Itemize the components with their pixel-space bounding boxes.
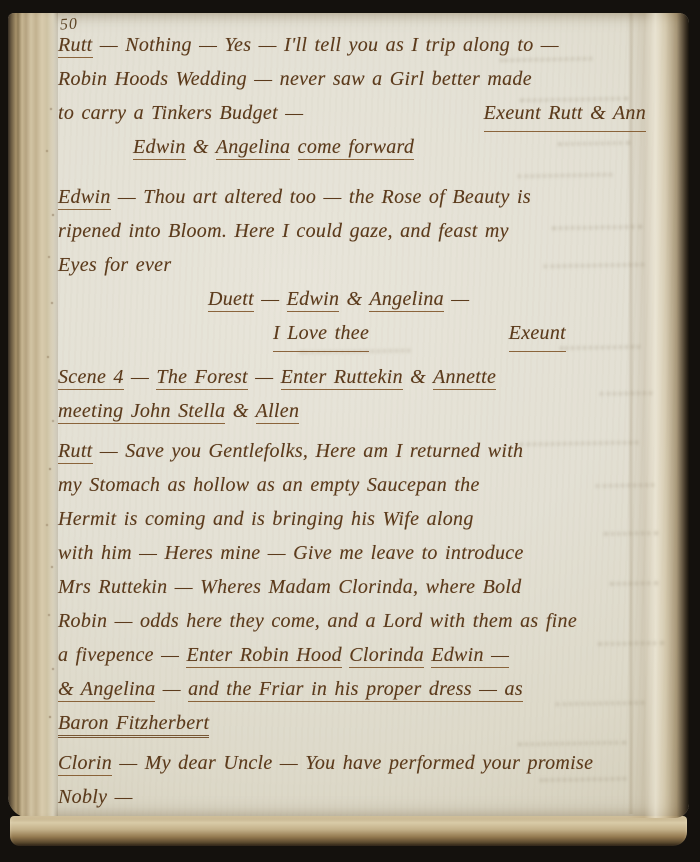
- manuscript-line: Scene 4 — The Forest — Enter Ruttekin & …: [58, 360, 658, 394]
- manuscript-text: —: [444, 288, 469, 310]
- text-area: Rutt — Nothing — Yes — I'll tell you as …: [58, 28, 658, 814]
- manuscript-text: —: [124, 366, 157, 388]
- manuscript-text: &: [186, 136, 216, 158]
- manuscript-photo: 50 Rutt — Nothing — Yes — I'll tell you …: [0, 0, 700, 862]
- manuscript-text: Annette: [433, 366, 496, 390]
- manuscript-text: Eyes for ever: [58, 254, 171, 276]
- manuscript-text: Angelina: [216, 136, 291, 160]
- manuscript-line: a fivepence — Enter Robin Hood Clorinda …: [58, 638, 658, 672]
- manuscript-line: Duett — Edwin & Angelina —: [58, 282, 658, 316]
- ink-specks: [46, 0, 48, 2]
- manuscript-text: ripened into Bloom. Here I could gaze, a…: [58, 220, 509, 242]
- manuscript-text: a fivepence —: [58, 644, 186, 666]
- manuscript-text: &: [225, 400, 255, 422]
- manuscript-text: Exeunt: [509, 316, 566, 352]
- manuscript-text: Enter Robin Hood: [186, 644, 341, 668]
- manuscript-text: —: [248, 366, 281, 388]
- manuscript-line: Rutt — Nothing — Yes — I'll tell you as …: [58, 28, 658, 62]
- manuscript-line: Mrs Ruttekin — Wheres Madam Clorinda, wh…: [58, 570, 658, 604]
- manuscript-text: &: [403, 366, 433, 388]
- manuscript-text: [290, 136, 297, 158]
- manuscript-line: Robin — odds here they come, and a Lord …: [58, 604, 658, 638]
- manuscript-text: Edwin: [133, 136, 186, 160]
- manuscript-text: —: [254, 288, 287, 310]
- manuscript-text: & Angelina: [58, 678, 155, 702]
- manuscript-text: — Thou art altered too — the Rose of Bea…: [111, 186, 531, 208]
- manuscript-line: Rutt — Save you Gentlefolks, Here am I r…: [58, 434, 658, 468]
- manuscript-text: my Stomach as hollow as an empty Saucepa…: [58, 474, 480, 496]
- manuscript-text: with him — Heres mine — Give me leave to…: [58, 542, 524, 564]
- manuscript-text: — Save you Gentlefolks, Here am I return…: [93, 440, 524, 462]
- manuscript-line: with him — Heres mine — Give me leave to…: [58, 536, 658, 570]
- manuscript-line: Clorin — My dear Uncle — You have perfor…: [58, 746, 658, 780]
- manuscript-text: to carry a Tinkers Budget —: [58, 96, 303, 130]
- manuscript-line: meeting John Stella & Allen: [58, 394, 658, 428]
- manuscript-text: Edwin —: [431, 644, 509, 668]
- manuscript-text: Hermit is coming and is bringing his Wif…: [58, 508, 474, 530]
- manuscript-text: come forward: [298, 136, 415, 160]
- manuscript-text: and the Friar in his proper dress — as: [188, 678, 523, 702]
- manuscript-line: Edwin — Thou art altered too — the Rose …: [58, 180, 658, 214]
- manuscript-line: to carry a Tinkers Budget —Exeunt Rutt &…: [58, 96, 658, 130]
- manuscript-text: I Love thee: [273, 316, 369, 352]
- manuscript-text: Robin Hoods Wedding — never saw a Girl b…: [58, 68, 532, 90]
- manuscript-text: Allen: [256, 400, 300, 424]
- manuscript-text: Robin — odds here they come, and a Lord …: [58, 610, 577, 632]
- manuscript-line: & Angelina — and the Friar in his proper…: [58, 672, 658, 706]
- manuscript-text: —: [155, 678, 188, 700]
- manuscript-line: Robin Hoods Wedding — never saw a Girl b…: [58, 62, 658, 96]
- manuscript-text: Scene 4: [58, 366, 124, 390]
- manuscript-line: Eyes for ever: [58, 248, 658, 282]
- manuscript-text: The Forest: [156, 366, 247, 390]
- manuscript-text: Angelina: [369, 288, 444, 312]
- manuscript-text: Nobly —: [58, 786, 133, 808]
- manuscript-text: Exeunt Rutt & Ann: [484, 96, 646, 132]
- manuscript-text: Enter Ruttekin: [281, 366, 403, 390]
- manuscript-text: Rutt: [58, 440, 93, 464]
- manuscript-text: — Nothing — Yes — I'll tell you as I tri…: [93, 34, 559, 56]
- manuscript-text: Clorinda: [349, 644, 424, 668]
- manuscript-text: Duett: [208, 288, 254, 312]
- manuscript-text: Mrs Ruttekin — Wheres Madam Clorinda, wh…: [58, 576, 522, 598]
- manuscript-text: Edwin: [287, 288, 340, 312]
- manuscript-line: ripened into Bloom. Here I could gaze, a…: [58, 214, 658, 248]
- book-page-edges-left: [8, 13, 58, 818]
- manuscript-line: Baron Fitzherbert: [58, 706, 658, 740]
- manuscript-text: meeting John Stella: [58, 400, 225, 424]
- manuscript-text: Edwin: [58, 186, 111, 210]
- manuscript-text: — My dear Uncle — You have performed you…: [112, 752, 593, 774]
- manuscript-line: Nobly —: [58, 780, 658, 814]
- manuscript-text: Rutt: [58, 34, 93, 58]
- manuscript-line: Edwin & Angelina come forward: [58, 130, 658, 164]
- manuscript-text: Baron Fitzherbert: [58, 712, 209, 738]
- manuscript-line: I Love theeExeunt: [58, 316, 658, 350]
- manuscript-line: my Stomach as hollow as an empty Saucepa…: [58, 468, 658, 502]
- manuscript-text: &: [339, 288, 369, 310]
- manuscript-line: Hermit is coming and is bringing his Wif…: [58, 502, 658, 536]
- manuscript-text: Clorin: [58, 752, 112, 776]
- book-page-edges-bottom: [10, 816, 687, 846]
